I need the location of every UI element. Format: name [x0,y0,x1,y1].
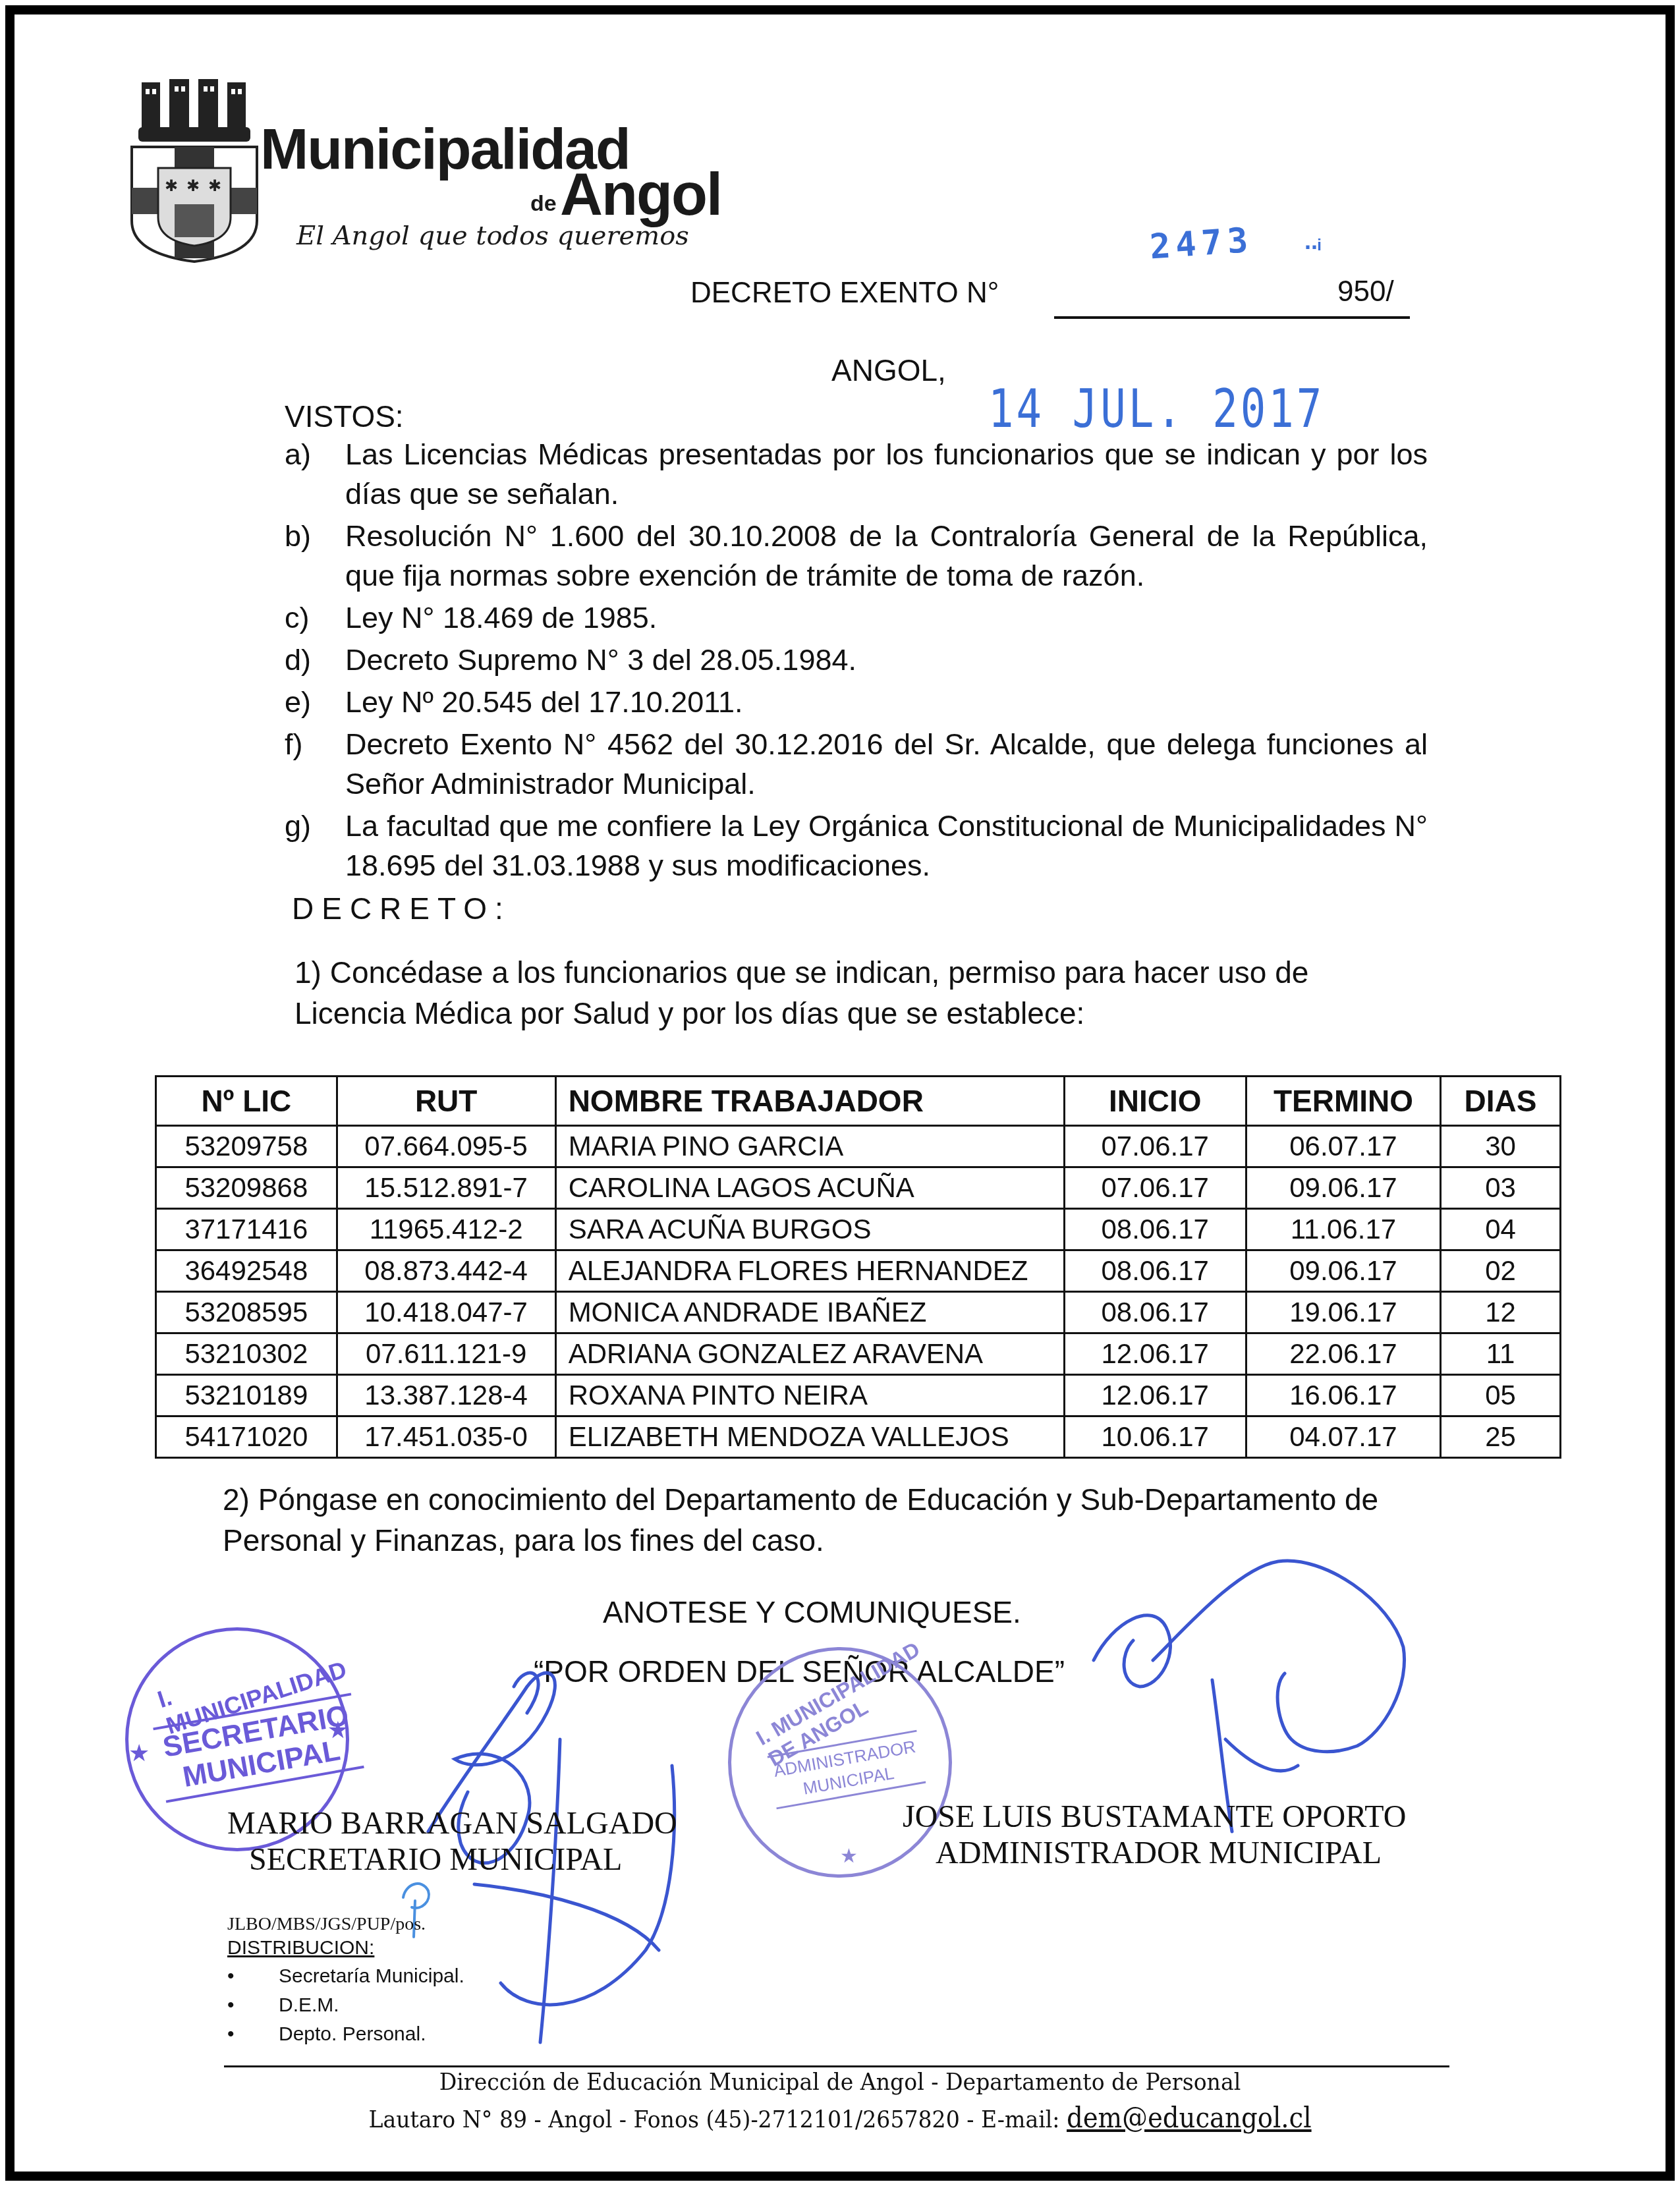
header-rut: RUT [337,1077,555,1126]
brand-de: de [530,191,557,217]
cell-nlic: 53208595 [156,1292,337,1333]
decreto-number-underline [1054,316,1410,319]
signatory-left-name: MARIO BARRAGAN SALGADO [227,1805,677,1841]
cell-inicio: 08.06.17 [1064,1292,1246,1333]
cell-termino: 09.06.17 [1246,1167,1440,1209]
cell-rut: 07.611.121-9 [337,1333,555,1375]
cell-rut: 13.387.128-4 [337,1375,555,1416]
anotese-text: ANOTESE Y COMUNIQUESE. [603,1594,1021,1630]
bullet-icon: • [227,1991,279,2020]
table-row: 3649254808.873.442-4ALEJANDRA FLORES HER… [156,1250,1561,1292]
cell-dias: 03 [1441,1167,1561,1209]
cell-inicio: 08.06.17 [1064,1250,1246,1292]
cell-termino: 22.06.17 [1246,1333,1440,1375]
vistos-item: a)Las Licencias Médicas presentadas por … [285,435,1428,514]
cell-dias: 11 [1441,1333,1561,1375]
cell-termino: 16.06.17 [1246,1375,1440,1416]
header-nombre: NOMBRE TRABAJADOR [555,1077,1064,1126]
table-body: 5320975807.664.095-5MARIA PINO GARCIA07.… [156,1126,1561,1458]
table-header-row: Nº LIC RUT NOMBRE TRABAJADOR INICIO TERM… [156,1077,1561,1126]
list-item: •Depto. Personal. [227,2020,464,2049]
decreto-heading: DECRETO: [292,891,511,926]
decreto-point-2: 2) Póngase en conocimiento del Departame… [223,1479,1448,1561]
cell-dias: 02 [1441,1250,1561,1292]
vistos-item: d)Decreto Supremo N° 3 del 28.05.1984. [285,640,1428,680]
cell-dias: 30 [1441,1126,1561,1167]
star-icon: ★ [327,1716,349,1744]
distribution-heading: DISTRIBUCION: [227,1937,374,1959]
cell-dias: 04 [1441,1209,1561,1250]
cell-nlic: 53209868 [156,1167,337,1209]
bullet-icon: • [227,2020,279,2049]
signatory-right-name: JOSE LUIS BUSTAMANTE OPORTO [903,1799,1406,1835]
signatory-right-title: ADMINISTRADOR MUNICIPAL [936,1835,1382,1871]
signatory-left-title: SECRETARIO MUNICIPAL [249,1841,622,1878]
cell-dias: 25 [1441,1416,1561,1458]
cell-termino: 06.07.17 [1246,1126,1440,1167]
registry-stamp-mark: ..ᵢ [1304,227,1321,255]
header-termino: TERMINO [1246,1077,1440,1126]
header-inicio: INICIO [1064,1077,1246,1126]
footer-department: Dirección de Educación Municipal de Ango… [67,2069,1613,2096]
brand-slogan: El Angol que todos queremos [296,221,689,251]
cell-inicio: 12.06.17 [1064,1375,1246,1416]
cell-nlic: 54171020 [156,1416,337,1458]
cell-dias: 05 [1441,1375,1561,1416]
cell-rut: 10.418.047-7 [337,1292,555,1333]
cell-nombre: MONICA ANDRADE IBAÑEZ [555,1292,1064,1333]
footer-divider [224,2065,1449,2067]
cell-nombre: ADRIANA GONZALEZ ARAVENA [555,1333,1064,1375]
registry-stamp-number: 2473 [1148,221,1254,267]
cell-rut: 15.512.891-7 [337,1167,555,1209]
table-row: 5321018913.387.128-4ROXANA PINTO NEIRA12… [156,1375,1561,1416]
svg-text:✱: ✱ [186,177,200,195]
cell-inicio: 07.06.17 [1064,1167,1246,1209]
cell-nlic: 53209758 [156,1126,337,1167]
email-link[interactable]: dem@educangol.cl [1067,2102,1312,2134]
star-icon: ★ [840,1845,858,1868]
cell-inicio: 12.06.17 [1064,1333,1246,1375]
bullet-icon: • [227,1962,279,1991]
decreto-point-1: 1) Concédase a los funcionarios que se i… [294,952,1428,1034]
cell-rut: 17.451.035-0 [337,1416,555,1458]
licencias-table: Nº LIC RUT NOMBRE TRABAJADOR INICIO TERM… [155,1075,1561,1459]
list-item: •D.E.M. [227,1991,464,2020]
table-row: 5320975807.664.095-5MARIA PINO GARCIA07.… [156,1126,1561,1167]
header-dias: DIAS [1441,1077,1561,1126]
cell-nombre: SARA ACUÑA BURGOS [555,1209,1064,1250]
header-nlic: Nº LIC [156,1077,337,1126]
cell-rut: 07.664.095-5 [337,1126,555,1167]
cell-nlic: 53210189 [156,1375,337,1416]
vistos-item: b)Resolución N° 1.600 del 30.10.2008 de … [285,517,1428,596]
svg-text:✱: ✱ [165,177,178,195]
vistos-heading: VISTOS: [285,399,404,434]
table-row: 3717141611965.412-2SARA ACUÑA BURGOS08.0… [156,1209,1561,1250]
vistos-item: e)Ley Nº 20.545 del 17.10.2011. [285,683,1428,722]
municipal-crest-icon: ✱✱✱ [128,76,260,264]
cell-inicio: 08.06.17 [1064,1209,1246,1250]
svg-text:✱: ✱ [208,177,221,195]
cell-nombre: ALEJANDRA FLORES HERNANDEZ [555,1250,1064,1292]
cell-rut: 11965.412-2 [337,1209,555,1250]
cell-dias: 12 [1441,1292,1561,1333]
cell-nombre: MARIA PINO GARCIA [555,1126,1064,1167]
list-item: •Secretaría Municipal. [227,1962,464,1991]
cell-nlic: 53210302 [156,1333,337,1375]
distribution-list: •Secretaría Municipal. •D.E.M. •Depto. P… [227,1962,464,2049]
brand-angol: Angol [560,161,721,229]
table-row: 5320859510.418.047-7MONICA ANDRADE IBAÑE… [156,1292,1561,1333]
vistos-item: c)Ley N° 18.469 de 1985. [285,598,1428,638]
cell-inicio: 10.06.17 [1064,1416,1246,1458]
vistos-item: g)La facultad que me confiere la Ley Org… [285,806,1428,885]
cell-termino: 04.07.17 [1246,1416,1440,1458]
cell-nombre: CAROLINA LAGOS ACUÑA [555,1167,1064,1209]
date-stamp: 14 JUL. 2017 [988,379,1324,440]
decreto-label: DECRETO EXENTO N° [690,277,999,310]
city-label: ANGOL, [831,352,946,388]
footer-contact: Lautaro N° 89 - Angol - Fonos (45)-27121… [67,2102,1613,2134]
cell-termino: 09.06.17 [1246,1250,1440,1292]
table-row: 5417102017.451.035-0ELIZABETH MENDOZA VA… [156,1416,1561,1458]
cell-nlic: 37171416 [156,1209,337,1250]
vistos-item: f)Decreto Exento N° 4562 del 30.12.2016 … [285,725,1428,804]
decreto-number: 950/ [1337,275,1394,308]
vistos-list: a)Las Licencias Médicas presentadas por … [285,435,1428,888]
cell-nombre: ROXANA PINTO NEIRA [555,1375,1064,1416]
administrador-municipal-seal: I. MUNICIPALIDAD DE ANGOL ADMINISTRADORM… [728,1647,952,1878]
cell-nlic: 36492548 [156,1250,337,1292]
cell-termino: 11.06.17 [1246,1209,1440,1250]
table-row: 5320986815.512.891-7CAROLINA LAGOS ACUÑA… [156,1167,1561,1209]
cell-rut: 08.873.442-4 [337,1250,555,1292]
cell-inicio: 07.06.17 [1064,1126,1246,1167]
cell-nombre: ELIZABETH MENDOZA VALLEJOS [555,1416,1064,1458]
cell-termino: 19.06.17 [1246,1292,1440,1333]
reference-initials: JLBO/MBS/JGS/PUP/pos. [227,1914,426,1935]
table-row: 5321030207.611.121-9ADRIANA GONZALEZ ARA… [156,1333,1561,1375]
star-icon: ★ [128,1739,150,1767]
